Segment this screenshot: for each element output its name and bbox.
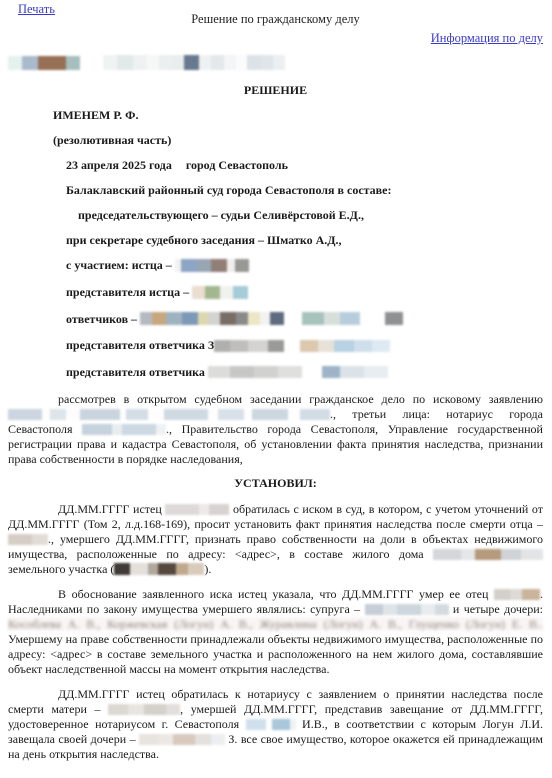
redacted-text [214,340,284,352]
redacted-text [246,719,296,730]
case-intro-paragraph: рассмотрев в открытом судебном заседании… [8,392,543,467]
court-decision-document: Печать Решение по гражданскому делу Инфо… [0,0,552,778]
redacted-text [165,504,229,515]
operative-part-note: (резолютивная часть) [53,134,543,146]
court-composition-line: Балаклавский районный суд города Севасто… [66,184,543,196]
plaintiff-line: с участием: истца – [66,259,543,273]
redacted-text [114,563,204,575]
case-info-row: Информация по делу [8,31,543,46]
notary-application-paragraph: ДД.ММ.ГГГГ истец обратилась к нотариусу … [8,687,543,762]
decision-date: 23 апреля 2025 года [66,158,172,172]
secretary-line: при секретаре судебного заседания – Шмат… [66,234,543,246]
redacted-text [300,340,390,352]
redacted-case-meta-2 [103,55,285,70]
redacted-text [208,366,302,378]
redaction-gap [302,375,322,376]
redacted-text [139,734,225,745]
redacted-text [192,286,248,299]
plaintiff-representative-line: представителя истца – [66,286,543,300]
redacted-text [175,259,249,272]
justification-paragraph: В обоснование заявленного иска истец ука… [8,587,543,677]
defendants-line: ответчиков – [66,313,543,327]
redacted-text [8,534,48,545]
redaction-gap [284,322,302,323]
redacted-text [385,312,403,325]
decision-city: город Севастополь [186,158,288,172]
date-city-line: 23 апреля 2025 годагород Севастополь [66,159,543,171]
ustanovil-heading: УСТАНОВИЛ: [8,477,543,489]
defendant2-representative-line: представителя ответчика [66,366,543,379]
print-link[interactable]: Печать [18,2,55,17]
blurred-names-text: Кособлева А. В., Коржевская (Логун) А. В… [8,617,543,631]
redaction-gap [360,322,385,323]
defendant1-representative-line: представителя ответчика З [66,339,543,352]
redacted-text [433,549,543,560]
redacted-case-meta-1 [8,56,80,70]
page-title: Решение по гражданскому делу [8,3,543,27]
claim-paragraph: ДД.ММ.ГГГГ истец обратилась с иском в су… [8,502,543,577]
redacted-text [108,704,180,715]
in-the-name-line: ИМЕНЕМ Р. Ф. [53,109,543,121]
case-info-link[interactable]: Информация по делу [431,31,543,45]
redacted-text [322,366,388,378]
redacted-text [8,409,330,420]
redacted-text [365,604,449,615]
redaction-gap [284,348,300,349]
redacted-text [140,312,284,325]
resolution-heading: РЕШЕНИЕ [8,84,543,96]
redacted-text [494,589,540,600]
redacted-text [302,312,360,325]
redacted-text [82,424,166,435]
presiding-judge-line: председательствующего – судьи Селивёрсто… [78,209,543,221]
